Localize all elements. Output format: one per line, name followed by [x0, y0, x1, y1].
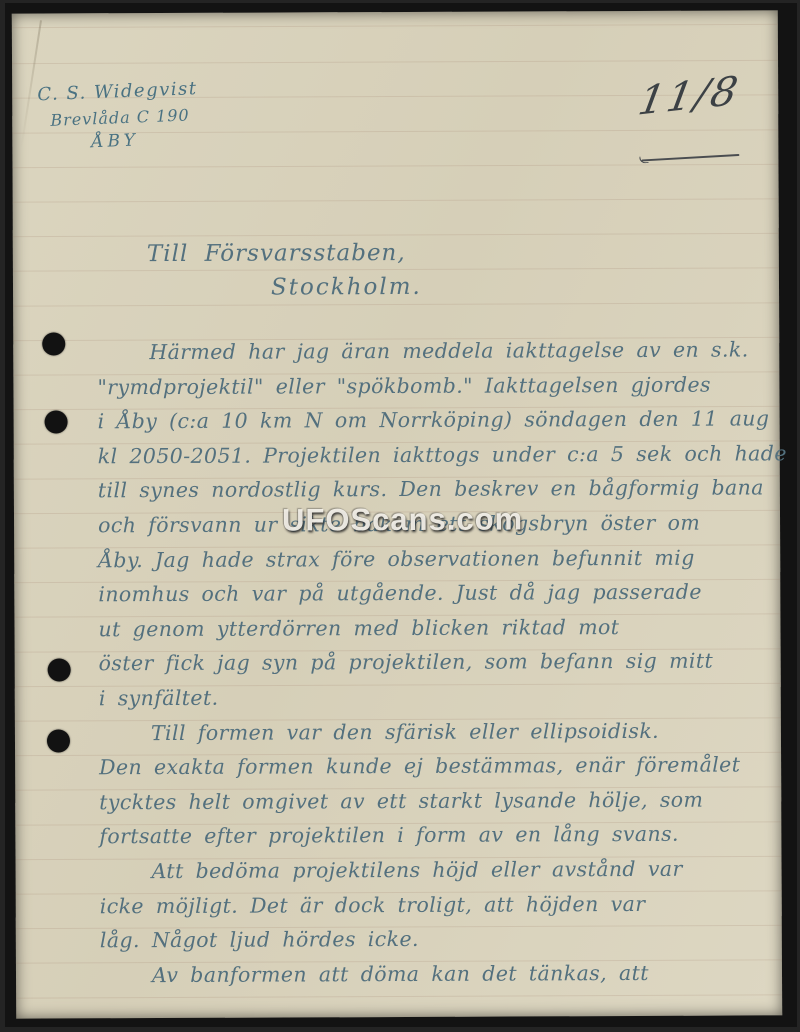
handwritten-line: ut genom ytterdörren med blicken riktad … [98, 609, 770, 647]
punch-hole [48, 658, 71, 681]
handwritten-line: öster fick jag syn på projektilen, som b… [99, 644, 771, 682]
recipient-name: Till Försvarsstaben, [147, 240, 422, 267]
handwritten-line: fortsatte efter projektilen i form av en… [99, 817, 771, 855]
letter-body: Härmed har jag äran meddela iakttagelse … [97, 332, 772, 992]
date-annotation: 11/8 [635, 67, 756, 125]
sender-name: C. S. Widegvist [37, 78, 198, 105]
handwritten-line: "rymdprojektil" eller "spökbomb." Iaktta… [97, 367, 769, 405]
handwritten-line: icke möjligt. Det är dock troligt, att h… [100, 886, 772, 924]
date-underline [641, 154, 739, 162]
punch-hole [42, 332, 65, 355]
scan-background: C. S. Widegvist Brevlåda C 190 ÅBY 11/8 … [0, 0, 800, 1032]
recipient-block: Till Försvarsstaben, Stockholm. [147, 240, 422, 301]
handwritten-line: i Åby (c:a 10 km N om Norrköping) söndag… [98, 402, 770, 440]
punch-hole [47, 729, 70, 752]
sender-mailbox: Brevlåda C 190 [50, 105, 199, 130]
handwritten-line: Den exakta formen kunde ej bestämmas, en… [99, 747, 771, 785]
recipient-city: Stockholm. [271, 274, 422, 301]
handwritten-line: Härmed har jag äran meddela iakttagelse … [97, 332, 769, 370]
handwritten-line: kl 2050-2051. Projektilen iakttogs under… [98, 436, 770, 474]
handwritten-line: inomhus och var på utgående. Just då jag… [98, 575, 770, 613]
watermark: UFOScans.com [282, 501, 523, 538]
handwritten-line: Åby. Jag hade strax före observationen b… [98, 540, 770, 578]
handwritten-line: tycktes helt omgivet av ett starkt lysan… [99, 782, 771, 820]
handwritten-line: Av banformen att döma kan det tänkas, at… [100, 955, 772, 993]
handwritten-line: Till formen var den sfärisk eller ellips… [99, 713, 771, 751]
letter-paper: C. S. Widegvist Brevlåda C 190 ÅBY 11/8 … [12, 10, 782, 1018]
punch-hole [45, 410, 68, 433]
sender-block: C. S. Widegvist Brevlåda C 190 ÅBY [37, 78, 200, 154]
sender-city: ÅBY [91, 128, 200, 152]
handwritten-line: Att bedöma projektilens höjd eller avstå… [99, 851, 771, 889]
handwritten-line: i synfältet. [99, 678, 771, 716]
handwritten-line: låg. Något ljud hördes icke. [100, 920, 772, 958]
